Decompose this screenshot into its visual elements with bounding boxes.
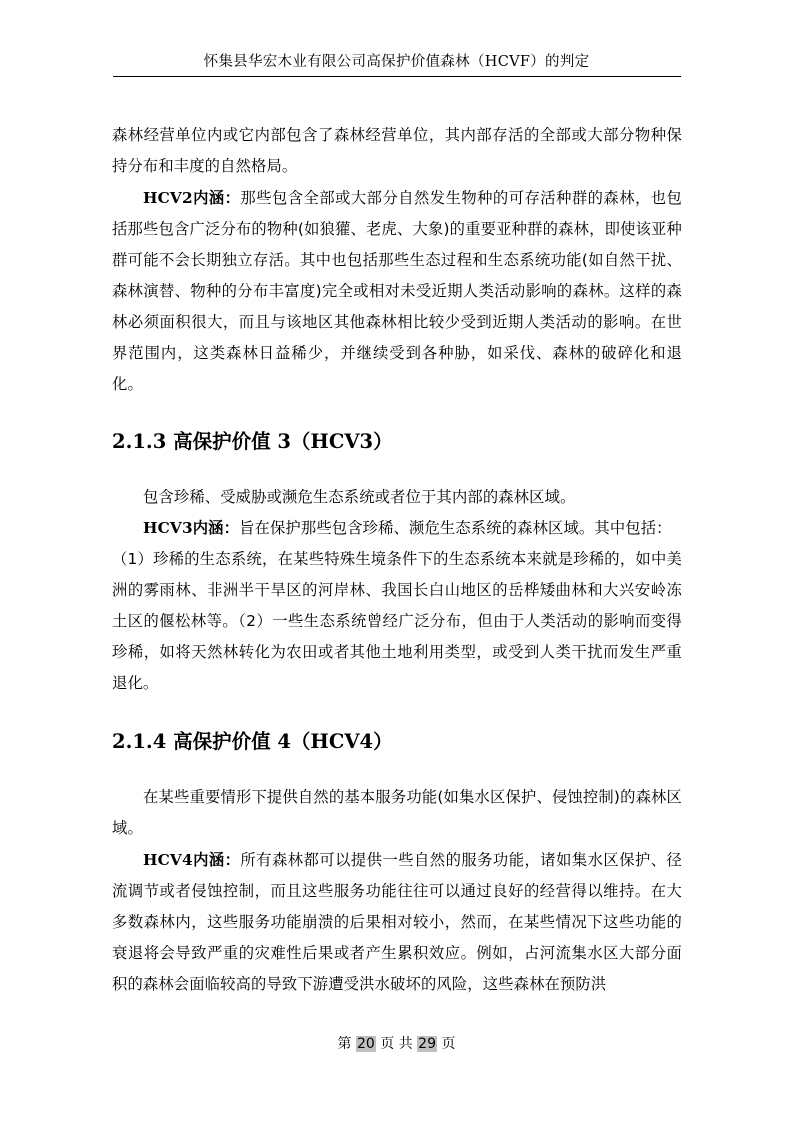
paragraph-hcv3-definition: HCV3内涵：旨在保护那些包含珍稀、濒危生态系统的森林区域。其中包括：	[112, 513, 682, 544]
hcv2-text: 那些包含全部或大部分自然发生物种的可存活种群的森林，也包括那些包含广泛分布的物种…	[112, 189, 682, 393]
hcv3-text: 旨在保护那些包含珍稀、濒危生态系统的森林区域。其中包括：	[239, 519, 672, 537]
footer-suffix: 页	[441, 1036, 455, 1052]
current-page-number: 20	[356, 1036, 376, 1052]
hcv4-lead: HCV4内涵：	[143, 851, 240, 869]
paragraph-continuation: 森林经营单位内或它内部包含了森林经营单位，其内部存活的全部或大部分物种保持分布和…	[112, 120, 682, 182]
paragraph-hcv3-examples: （1）珍稀的生态系统，在某些特殊生境条件下的生态系统本来就是珍稀的，如中美洲的雾…	[112, 544, 682, 699]
footer-prefix: 第	[338, 1036, 352, 1052]
paragraph-hcv2-definition: HCV2内涵：那些包含全部或大部分自然发生物种的可存活种群的森林，也包括那些包含…	[112, 183, 682, 400]
header-rule	[113, 76, 681, 77]
total-pages-number: 29	[417, 1036, 437, 1052]
paragraph-hcv4-definition: HCV4内涵：所有森林都可以提供一些自然的服务功能，诸如集水区保护、径流调节或者…	[112, 845, 682, 1000]
page-footer: 第 20 页 共 29 页	[0, 1033, 793, 1053]
section-heading-2-1-3: 2.1.3 高保护价值 3（HCV3）	[112, 426, 393, 454]
section-heading-2-1-4: 2.1.4 高保护价值 4（HCV4）	[112, 726, 393, 754]
paragraph-hcv3-summary: 包含珍稀、受威胁或濒危生态系统或者位于其内部的森林区域。	[112, 482, 682, 513]
hcv4-text: 所有森林都可以提供一些自然的服务功能，诸如集水区保护、径流调节或者侵蚀控制，而且…	[112, 851, 682, 993]
paragraph-hcv4-summary: 在某些重要情形下提供自然的基本服务功能(如集水区保护、侵蚀控制)的森林区域。	[112, 782, 682, 844]
running-header: 怀集县华宏木业有限公司高保护价值森林（HCVF）的判定	[113, 50, 680, 71]
hcv3-lead: HCV3内涵：	[143, 519, 239, 537]
footer-middle: 页 共	[380, 1036, 412, 1052]
hcv2-lead: HCV2内涵：	[143, 189, 240, 207]
